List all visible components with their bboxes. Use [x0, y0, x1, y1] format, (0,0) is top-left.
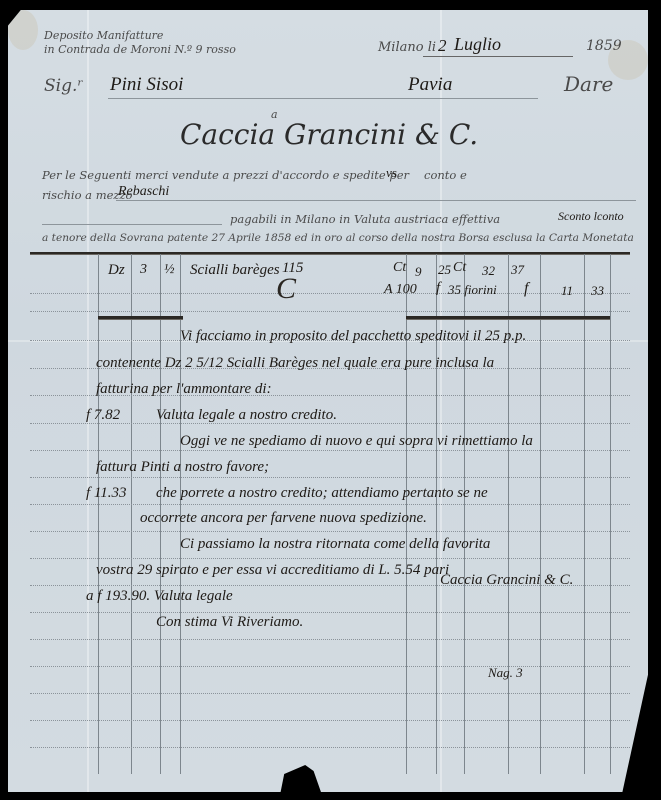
addressee-name: Pini Sisoi: [110, 74, 183, 96]
ledger-row-line: [30, 666, 630, 667]
ledger-row-line: [30, 747, 630, 748]
invoice-letter-paper: Deposito Manifatture in Contrada de Moro…: [8, 10, 648, 792]
calc-line2-symbol: f: [436, 280, 440, 297]
terms-line3-fill: Sconto lconto: [558, 209, 624, 224]
calc-line1-symbol: Ct: [393, 260, 406, 276]
body-line10: vostra 29 spirato e per essa vi accredit…: [96, 562, 449, 579]
row-col1-unit: Dz: [108, 262, 125, 279]
ledger-row-line: [30, 450, 630, 451]
body-line3: fatturina per l'ammontare di:: [96, 381, 272, 398]
body-line8: occorrete ancora per farvene nuova spedi…: [140, 510, 427, 527]
body-line5: Oggi ve ne spediamo di nuovo e qui sopra…: [180, 433, 533, 450]
ledger-column-line: [610, 254, 611, 774]
calc-line2-value: 35 fiorini: [448, 282, 497, 298]
row-description: Scialli barèges: [190, 262, 280, 279]
terms-line2-underline: [116, 200, 636, 201]
calc-line2-rate: A 100: [384, 282, 417, 298]
terms-line4: a tenore della Sovrana patente 27 Aprile…: [42, 232, 634, 244]
terms-line1-fill: vs: [386, 165, 397, 181]
date-year: 1859: [586, 38, 622, 54]
addressee-underline: [108, 98, 538, 99]
total-florins: 11: [561, 283, 573, 299]
paper-tear: [280, 765, 322, 795]
ledger-row-line: [30, 531, 630, 532]
ledger-row-line: [30, 477, 630, 478]
subtotal-rule-right: [406, 316, 610, 320]
paper-stain: [8, 10, 38, 50]
date-month: Luglio: [454, 34, 501, 55]
paper-fold: [87, 10, 89, 792]
date-day: 2: [438, 36, 447, 56]
body-line7-amount: f 11.33: [86, 485, 127, 502]
addressee-city: Pavia: [408, 74, 452, 96]
body-line1: Vi facciamo in proposito del pacchetto s…: [180, 328, 526, 345]
body-line4-amount: f 7.82: [86, 407, 120, 424]
date-underline: [423, 56, 573, 57]
terms-line2-fill: Rebaschi: [118, 184, 169, 200]
salutation: Sig.ʳ: [44, 76, 83, 96]
calc-line1-value: 9: [415, 264, 422, 280]
body-line6: fattura Pinti a nostro favore;: [96, 459, 269, 476]
ledger-row-line: [30, 504, 630, 505]
row-col3-fraction: ½: [164, 262, 175, 278]
ledger-row-line: [30, 311, 630, 312]
ledger-row-line: [30, 693, 630, 694]
ledger-row-line: [30, 639, 630, 640]
ledger-row-line: [30, 612, 630, 613]
debit-label: Dare: [564, 72, 613, 96]
ledger-column-line: [98, 254, 99, 774]
row-col2-qty: 3: [140, 262, 147, 278]
body-line9: Ci passiamo la nostra ritornata come del…: [180, 536, 490, 553]
subtotal-rule-left: [98, 316, 183, 320]
ledger-column-line: [131, 254, 132, 774]
signature: Caccia Grancini & C.: [440, 572, 573, 589]
firm-name: Caccia Grancini & C.: [180, 118, 478, 151]
calc-line1-value: 25: [438, 262, 451, 278]
calc-line1-symbol: Ct: [453, 260, 466, 276]
body-line4-text: Valuta legale a nostro credito.: [156, 407, 337, 424]
terms-line3-prefix: pagabili in Milano in Valuta austriaca e…: [230, 212, 500, 226]
total-kreuzer: 33: [591, 283, 604, 299]
ledger-column-line: [540, 254, 541, 774]
letterhead-line2: in Contrada de Moroni N.º 9 rosso: [44, 43, 236, 56]
body-line7-text: che porrete a nostro credito; attendiamo…: [156, 485, 488, 502]
terms-line1-suffix: conto e: [424, 168, 467, 182]
letterhead-line1: Deposito Manifatture: [44, 29, 163, 42]
row-flourish: C: [276, 272, 296, 306]
footer-note: Nag. 3: [488, 665, 523, 681]
ledger-row-line: [30, 720, 630, 721]
terms-line3-underline: [42, 224, 222, 225]
calc-line2-symbol: f: [524, 280, 528, 298]
ledger-row-line: [30, 293, 630, 294]
body-line2: contenente Dz 2 5/12 Scialli Barèges nel…: [96, 355, 494, 372]
body-line11: a f 193.90. Valuta legale: [86, 588, 233, 605]
calc-line1-value: 37: [511, 262, 524, 278]
calc-line1-value: 32: [482, 263, 495, 279]
ledger-column-line: [584, 254, 585, 774]
terms-line1-prefix: Per le Seguenti merci vendute a prezzi d…: [42, 168, 409, 182]
place-date-prefix: Milano li: [378, 40, 436, 55]
ledger-row-line: [30, 558, 630, 559]
body-line12: Con stima Vi Riveriamo.: [156, 614, 303, 631]
